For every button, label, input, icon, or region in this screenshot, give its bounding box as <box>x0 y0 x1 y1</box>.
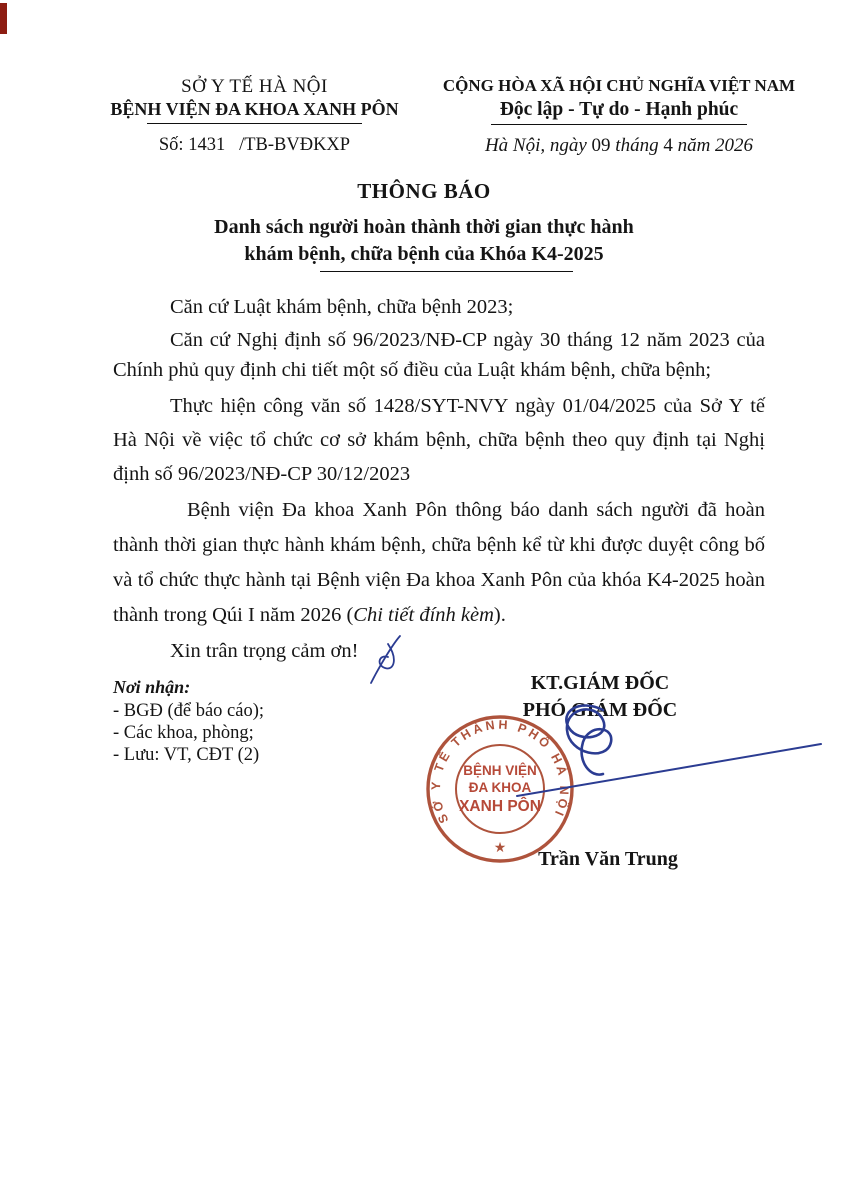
document-title: THÔNG BÁO <box>0 179 848 204</box>
signer-name: Trần Văn Trung <box>420 848 796 871</box>
recipient-item: - Lưu: VT, CĐT (2) <box>113 745 264 766</box>
document-body: Căn cứ Luật khám bệnh, chữa bệnh 2023; C… <box>113 292 765 687</box>
recipient-item: - BGĐ (để báo cáo); <box>113 701 264 722</box>
recipient-item: - Các khoa, phòng; <box>113 723 264 744</box>
subtitle-line-1: Danh sách người hoàn thành thời gian thự… <box>0 214 848 241</box>
document-header: SỞ Y TẾ HÀ NỘI BỆNH VIỆN ĐA KHOA XANH PÔ… <box>0 0 848 157</box>
subtitle-underline <box>320 271 573 272</box>
recipients-label: Nơi nhận: <box>113 677 264 698</box>
title-block: THÔNG BÁO Danh sách người hoàn thành thờ… <box>0 179 848 272</box>
corner-mark <box>0 3 7 34</box>
announcement-text-end: ). <box>494 604 506 626</box>
signature-scribble <box>495 698 825 818</box>
document-number: Số: 1431 /TB-BVĐKXP <box>82 135 427 156</box>
place-date-line: Hà Nội, ngày 09 tháng 4 năm 2026 <box>439 135 799 157</box>
date-day: 09 <box>592 135 611 156</box>
date-year: năm 2026 <box>673 135 753 156</box>
paragraph-legal-basis-1: Căn cứ Luật khám bệnh, chữa bệnh 2023; <box>113 292 765 322</box>
national-motto: Độc lập - Tự do - Hạnh phúc <box>439 99 799 121</box>
date-month: 4 <box>663 135 673 156</box>
parent-org-name: SỞ Y TẾ HÀ NỘI <box>82 76 427 98</box>
paragraph-legal-basis-3: Thực hiện công văn số 1428/SYT-NVY ngày … <box>113 389 765 491</box>
date-month-word: tháng <box>611 135 664 156</box>
org-underline <box>147 123 362 124</box>
national-motto-block: CỘNG HÒA XÃ HỘI CHỦ NGHĨA VIỆT NAM Độc l… <box>439 76 799 157</box>
issuing-org-block: SỞ Y TẾ HÀ NỘI BỆNH VIỆN ĐA KHOA XANH PÔ… <box>82 76 427 157</box>
document-page: SỞ Y TẾ HÀ NỘI BỆNH VIỆN ĐA KHOA XANH PÔ… <box>0 0 848 1200</box>
pen-initial-mark <box>364 633 406 687</box>
subtitle-line-2: khám bệnh, chữa bệnh của Khóa K4-2025 <box>0 241 848 268</box>
recipients-block: Nơi nhận: - BGĐ (để báo cáo); - Các khoa… <box>113 676 264 766</box>
date-prefix: Hà Nội, ngày <box>485 135 592 156</box>
thanks-text: Xin trân trọng cảm ơn! <box>170 640 358 662</box>
org-name: BỆNH VIỆN ĐA KHOA XANH PÔN <box>82 99 427 120</box>
paragraph-announcement: Bệnh viện Đa khoa Xanh Pôn thông báo dan… <box>113 493 765 633</box>
document-subtitle: Danh sách người hoàn thành thời gian thự… <box>0 214 848 268</box>
attachment-note-italic: Chi tiết đính kèm <box>353 604 494 626</box>
national-header: CỘNG HÒA XÃ HỘI CHỦ NGHĨA VIỆT NAM <box>439 76 799 96</box>
motto-underline <box>491 124 747 125</box>
signer-role-1: KT.GIÁM ĐỐC <box>420 670 780 697</box>
paragraph-legal-basis-2: Căn cứ Nghị định số 96/2023/NĐ-CP ngày 3… <box>113 325 765 385</box>
